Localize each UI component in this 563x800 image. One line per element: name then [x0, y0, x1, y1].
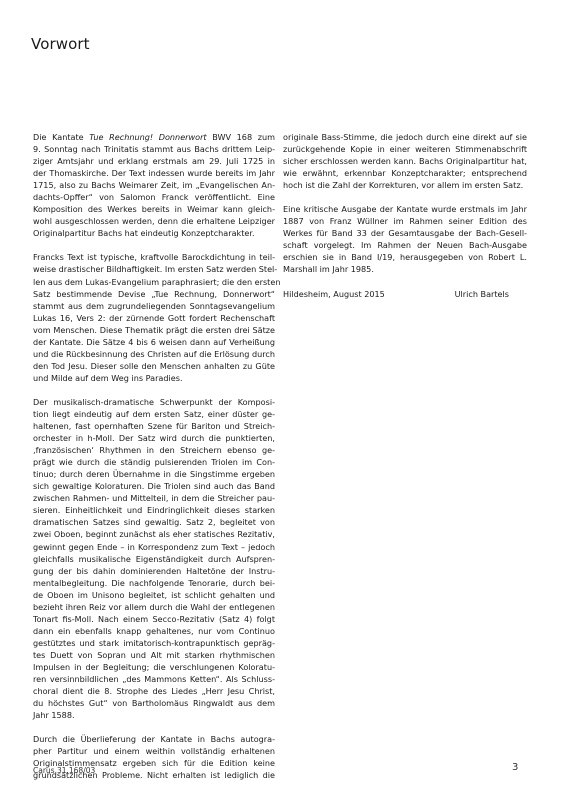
text-line: tes Duett von Sopran und Alt mit starken… — [33, 649, 275, 661]
text-line: den Tod Jesu. Dieser solle den Menschen … — [33, 360, 275, 372]
text-line: 1715, also zu Bachs Weimarer Zeit, im „E… — [33, 179, 275, 191]
signature: Hildesheim, August 2015Ulrich Bartels — [283, 288, 509, 300]
paragraph: Eine kritische Ausgabe der Kantate wurde… — [283, 203, 527, 275]
paragraph: Francks Text ist typische, kraftvolle Ba… — [33, 251, 275, 384]
text-line: wohl ausgeschlossen werden, denn die erh… — [33, 215, 275, 227]
text-line: zwei Oboen, beginnt zunächst als eher st… — [33, 528, 275, 540]
text-line: bezieht ihren Reiz vor allem durch die W… — [33, 601, 275, 613]
text-line: gung der bis dahin dominierenden Haltetö… — [33, 565, 275, 577]
text-line: Komposition des Werkes bereits in Weimar… — [33, 203, 275, 215]
text-line: dann ein ebenfalls knapp gehaltenes, nur… — [33, 625, 275, 637]
text-line: vom Menschen. Diese Thematik prägt die e… — [33, 324, 275, 336]
text-line: originale Bass-Stimme, die jedoch durch … — [283, 131, 527, 143]
paragraph: Der musikalisch-dramatische Schwerpunkt … — [33, 396, 275, 721]
text-line: dramatischen Satzes sind gewaltig. Satz … — [33, 516, 275, 528]
text-line: gestütztes und stark imitatorisch-kontra… — [33, 637, 275, 649]
text-line: weise drastischer Bildhaftigkeit. Im ers… — [33, 263, 275, 275]
text-line: Impulsen in der Begleitung; die verschlu… — [33, 661, 275, 673]
page-title: Vorwort — [31, 35, 90, 53]
text-line: Jahr 1588. — [33, 709, 275, 721]
text-line: Eine kritische Ausgabe der Kantate wurde… — [283, 203, 527, 215]
text-line: de Oboen im Unisono begleitet, ist schli… — [33, 589, 275, 601]
text-line: sicher erschlossen werden kann. Bachs Or… — [283, 155, 527, 167]
text-line: haltenen, fast opernhaften Szene für Bar… — [33, 420, 275, 432]
text-line: tion liegt eindeutig auf dem ersten Satz… — [33, 408, 275, 420]
text-line: stammt aus dem zugrundeliegenden Sonntag… — [33, 300, 275, 312]
text-line: Die Kantate Tue Rechnung! Donnerwort BWV… — [33, 131, 275, 143]
right-column: originale Bass-Stimme, die jedoch durch … — [283, 131, 527, 300]
text-line: der Thomaskirche. Der Text indessen wurd… — [33, 167, 275, 179]
text-line: und die Rückbesinnung des Christen auf d… — [33, 348, 275, 360]
paragraph: Die Kantate Tue Rechnung! Donnerwort BWV… — [33, 131, 275, 239]
text-line: pher Partitur und einem weithin vollstän… — [33, 745, 275, 757]
text-line: len aus dem Lukas-Evangelium paraphrasie… — [33, 276, 275, 288]
text-line: gleichfalls musikalische Eigenständigkei… — [33, 553, 275, 565]
author-name: Ulrich Bartels — [455, 288, 509, 300]
text-line: 9. Sonntag nach Trinitatis stammt aus Ba… — [33, 143, 275, 155]
text-line: du höchstes Gut“ von Bartholomäus Ringwa… — [33, 697, 275, 709]
text-line: Originalpartitur Bachs hat eindeutig Kon… — [33, 227, 275, 239]
text-line: prägt wie durch die ständig pulsierenden… — [33, 456, 275, 468]
text-line: hoch ist die Zahl der Korrekturen, vor a… — [283, 179, 527, 191]
text-line: Durch die Überlieferung der Kantate in B… — [33, 733, 275, 745]
text-line: sieren. Einheitlichkeit und Eindringlich… — [33, 504, 275, 516]
catalog-number: Carus 31.168/03 — [33, 766, 95, 775]
text-line: ren versinnbildlichen „des Mammons Kette… — [33, 673, 275, 685]
text-line: sich gewaltige Koloraturen. Die Triolen … — [33, 480, 275, 492]
page-number: 3 — [512, 762, 518, 773]
text-line: tinuo; durch deren Übernahme in die Sing… — [33, 468, 275, 480]
text-line: ‚französischen‘ Rhythmen in den Streiche… — [33, 444, 275, 456]
text-line: orchester in h-Moll. Der Satz wird durch… — [33, 432, 275, 444]
text-line: Satz bestimmende Devise „Tue Rechnung, D… — [33, 288, 275, 300]
text-line: Lukas 16, Vers 2: der zürnende Gott ford… — [33, 312, 275, 324]
text-line: der Kantate. Die Sätze 4 bis 6 weisen da… — [33, 336, 275, 348]
text-line: Der musikalisch-dramatische Schwerpunkt … — [33, 396, 275, 408]
text-line: choral dient die 8. Strophe des Liedes „… — [33, 685, 275, 697]
text-line: Werkes für Band 33 der Gesamtausgabe der… — [283, 227, 527, 239]
text-line: gewinnt gegen Ende – in Korrespondenz zu… — [33, 541, 275, 553]
text-line: zurückgehende Kopie in einer weiteren St… — [283, 143, 527, 155]
text-line: Marshall im Jahr 1985. — [283, 263, 527, 275]
place-date: Hildesheim, August 2015 — [283, 288, 385, 300]
text-line: erschien sie in Band I/19, herausgegeben… — [283, 251, 527, 263]
text-line: und Milde auf dem Weg ins Paradies. — [33, 372, 275, 384]
text-line: zwischen Rahmen- und Mittelteil, in dem … — [33, 492, 275, 504]
text-line: wie erwähnt, erkennbar Konzeptcharakter;… — [283, 167, 527, 179]
text-line: Francks Text ist typische, kraftvolle Ba… — [33, 251, 275, 263]
left-column: Die Kantate Tue Rechnung! Donnerwort BWV… — [33, 131, 275, 793]
text-line: schaft vorgelegt. Im Rahmen der Neuen Ba… — [283, 239, 527, 251]
text-line: 1887 von Franz Wüllner im Rahmen seiner … — [283, 215, 527, 227]
text-line: Tonart fis-Moll. Nach einem Secco-Rezita… — [33, 613, 275, 625]
text-line: ziger Amtsjahr und erklang erstmals am 2… — [33, 155, 275, 167]
paragraph: originale Bass-Stimme, die jedoch durch … — [283, 131, 527, 191]
text-line: dachts-Opffer“ von Salomon Franck veröff… — [33, 191, 275, 203]
text-line: mentalbegleitung. Die nachfolgende Tenor… — [33, 577, 275, 589]
